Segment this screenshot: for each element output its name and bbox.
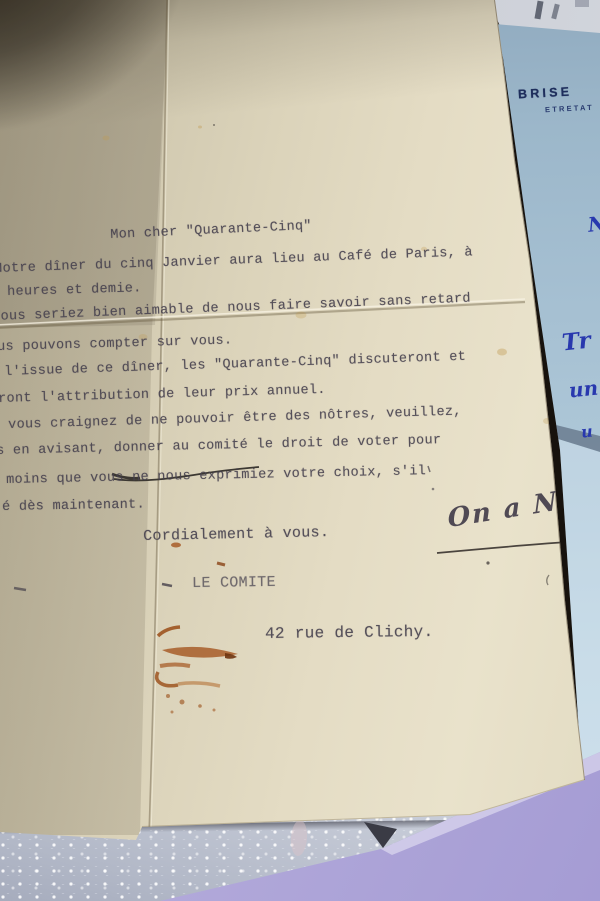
stray-apostrophe — [428, 466, 430, 472]
fox-spot — [497, 349, 507, 356]
letter-line: é dès maintenant. — [2, 498, 145, 515]
rust-stain — [157, 672, 178, 686]
handwriting-fragment: Tr — [561, 327, 593, 357]
rust-stain — [160, 665, 190, 667]
photo-of-letter: : BRISE ETRETAT N Tr un u — [0, 0, 600, 901]
ink-dot — [486, 561, 489, 564]
fox-spot — [543, 418, 551, 424]
letter-signature: LE COMITE — [192, 574, 276, 592]
rust-speck — [198, 704, 202, 708]
letterhead-name: BRISE — [518, 85, 573, 102]
rust-stain — [178, 683, 220, 686]
handwriting-fragment: un — [568, 376, 599, 403]
background-mark — [575, 0, 589, 7]
rust-speck — [180, 700, 185, 705]
background-mark — [534, 1, 543, 20]
rust-stain — [158, 627, 180, 636]
background-mark — [551, 4, 559, 20]
handwriting-fragment: u — [580, 421, 594, 441]
handwriting-fragment: N — [587, 211, 600, 237]
rust-speck — [213, 709, 216, 712]
typewritten-letter: Mon cher "Quarante-Cinq" Notre dîner du … — [0, 0, 600, 901]
letter-address: 42 rue de Clichy. — [265, 623, 434, 643]
stray-dash — [14, 588, 26, 590]
stray-dash — [162, 584, 172, 586]
stray-dot — [432, 488, 435, 491]
stray-paren — [547, 575, 549, 585]
rust-speck — [166, 694, 170, 698]
fox-spot — [198, 126, 202, 129]
rust-speck — [171, 711, 174, 714]
stray-dot — [213, 124, 215, 126]
rust-stain — [217, 563, 225, 565]
letterhead-city: ETRETAT — [545, 103, 594, 115]
fox-spot — [103, 136, 110, 141]
